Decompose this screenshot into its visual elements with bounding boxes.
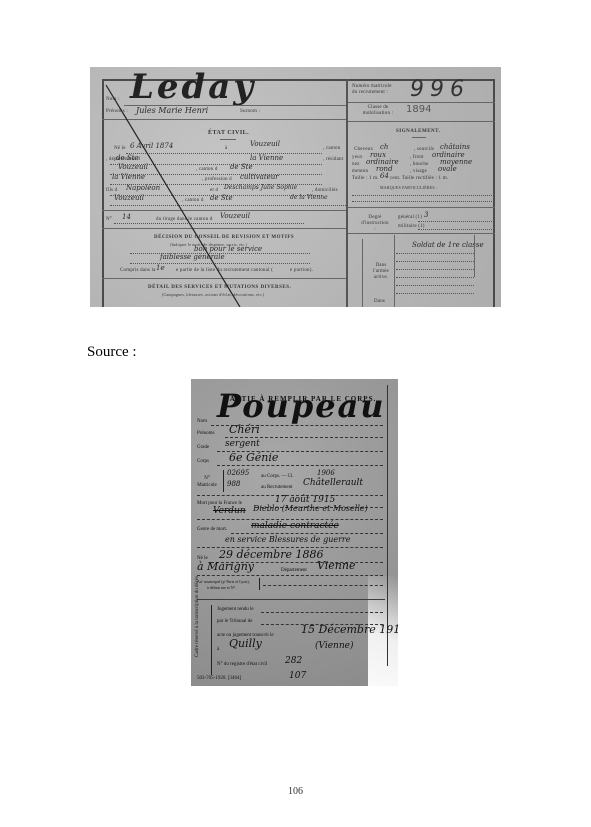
handwritten-corps: 6e Génie (229, 451, 278, 464)
death-record-card-scan: PARTIE À REMPLIR PAR LE CORPS. Poupeau N… (191, 379, 398, 686)
handwritten-matricule-corps: 02695 (227, 469, 249, 477)
source-caption: Source : (87, 344, 137, 361)
handwritten-recrutement: Châtellerault (303, 478, 363, 488)
card-footer-reference: 503-705-1920. [3464] (197, 676, 241, 681)
handwritten-date-transcription: 15 Décembre 1915 (301, 623, 398, 636)
handwritten-lieu-deces: Dieblo (Meurthe et Moselle) (253, 504, 368, 513)
handwritten-lieu-naissance: à Marigny (197, 560, 254, 573)
handwritten-grade: sergent (225, 439, 260, 449)
handwritten-prenoms: Chéri (229, 423, 260, 436)
handwritten-lieu-barre: Verdun (213, 506, 246, 516)
handwritten-numero-registre: 282 (285, 656, 302, 666)
handwritten-nom: Poupeau (217, 387, 386, 425)
matricule-register-scan: Nom : Leday Prénoms : Jules Marie Henri … (90, 67, 501, 307)
handwritten-folio: 107 (289, 671, 306, 681)
page-number: 106 (0, 786, 591, 797)
handwritten-genre-mort: en service Blessures de guerre (225, 535, 350, 544)
handwritten-genre-mort-barre: maladie contractée (251, 521, 339, 531)
handwritten-departement: Vienne (317, 559, 355, 572)
handwritten-matricule-recrutement: 988 (227, 480, 240, 488)
vertical-side-label: Cadre réservé à la transcription du décè… (195, 576, 200, 657)
handwritten-lieu-transcription: Quilly (229, 637, 262, 650)
diagonal-strike-line (90, 67, 501, 307)
